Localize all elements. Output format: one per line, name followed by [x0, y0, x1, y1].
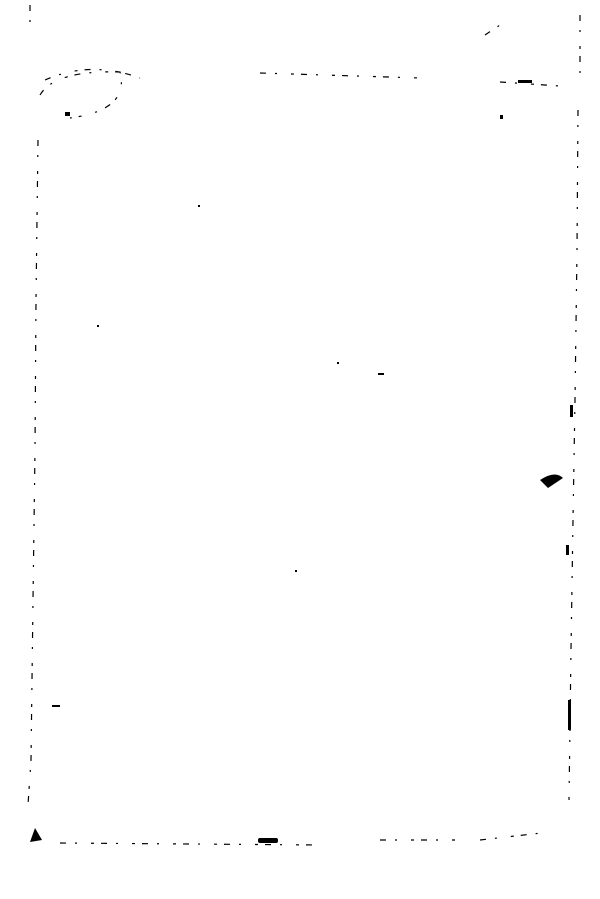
blank-scanned-page: [0, 0, 600, 899]
scan-border-artifacts: [0, 0, 600, 899]
